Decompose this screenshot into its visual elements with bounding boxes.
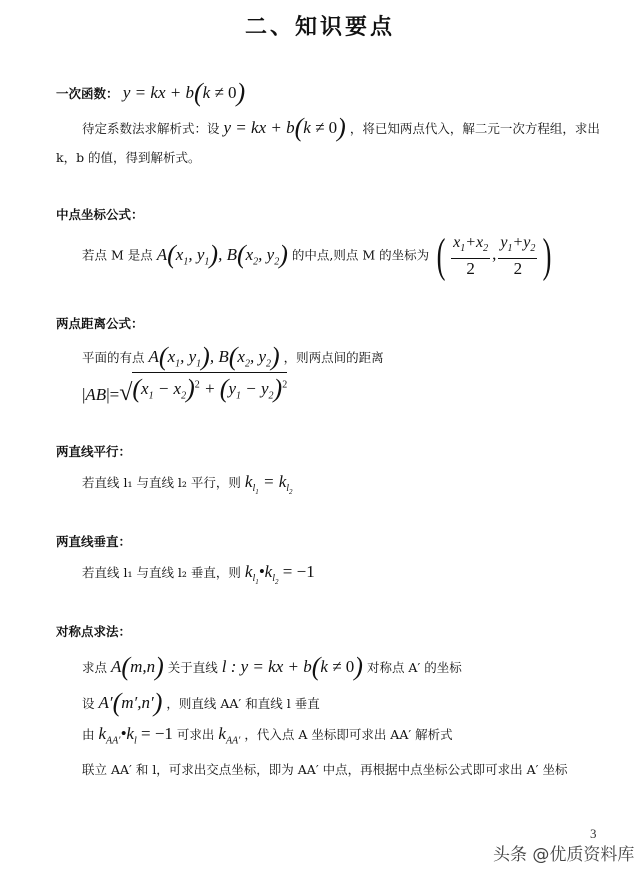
linear-method-line-2: k，b 的值，得到解析式。 xyxy=(56,148,201,166)
symmetric-line-4: 联立 AA′ 和 l，可求出交点坐标，即为 AA′ 中点，再根据中点坐标公式即可… xyxy=(82,760,567,778)
section-heading-perpendicular: 两直线垂直： xyxy=(56,532,131,550)
linear-method-line: 待定系数法求解析式：设 y = kx + b(k ≠ 0) ，将已知两点代入，解… xyxy=(82,113,600,143)
linear-method-formula: y = kx + b(k ≠ 0) xyxy=(224,118,346,137)
distance-points: A(x1, y1), B(x2, y2) xyxy=(149,347,280,366)
page-title: 二、知识要点 xyxy=(0,10,640,41)
section-heading-linear-function: 一次函数： y = kx + b(k ≠ 0) xyxy=(56,78,245,108)
section-heading-midpoint: 中点坐标公式： xyxy=(56,205,144,223)
symmetric-line-3: 由 kAA′•kl = −1 可求出 kAA′ ，代入点 A 坐标即可求出 AA… xyxy=(82,724,453,746)
midpoint-frac-y: y1+y22 xyxy=(498,234,537,278)
linear-function-formula: y = kx + b(k ≠ 0) xyxy=(123,83,245,102)
parallel-formula: kl1 = kl2 xyxy=(245,472,293,491)
section-heading-distance: 两点距离公式： xyxy=(56,314,144,332)
distance-formula: |AB|=√(x1 − x2)2 + (y1 − y2)2 xyxy=(82,372,287,405)
section-heading-parallel: 两直线平行： xyxy=(56,442,131,460)
parallel-line: 若直线 l₁ 与直线 l₂ 平行，则 kl1 = kl2 xyxy=(82,472,293,496)
midpoint-line: 若点 M 是点 A(x1, y1), B(x2, y2) 的中点,则点 M 的坐… xyxy=(82,234,555,278)
symmetric-line-2: 设 A′(m′,n′) ，则直线 AA′ 和直线 l 垂直 xyxy=(82,688,320,718)
midpoint-frac-x: x1+x22 xyxy=(451,234,490,278)
section-heading-symmetric-point: 对称点求法： xyxy=(56,622,131,640)
symmetric-line-1: 求点 A(m,n) 关于直线 l : y = kx + b(k ≠ 0) 对称点… xyxy=(82,652,462,682)
perpendicular-formula: kl1•kl2 = −1 xyxy=(245,562,315,581)
midpoint-points: A(x1, y1), B(x2, y2) xyxy=(157,245,288,264)
perpendicular-line: 若直线 l₁ 与直线 l₂ 垂直，则 kl1•kl2 = −1 xyxy=(82,562,315,586)
watermark: 头条 @优质资料库 xyxy=(493,840,634,865)
distance-line: 平面的有点 A(x1, y1), B(x2, y2) ，则两点间的距离 xyxy=(82,342,384,372)
